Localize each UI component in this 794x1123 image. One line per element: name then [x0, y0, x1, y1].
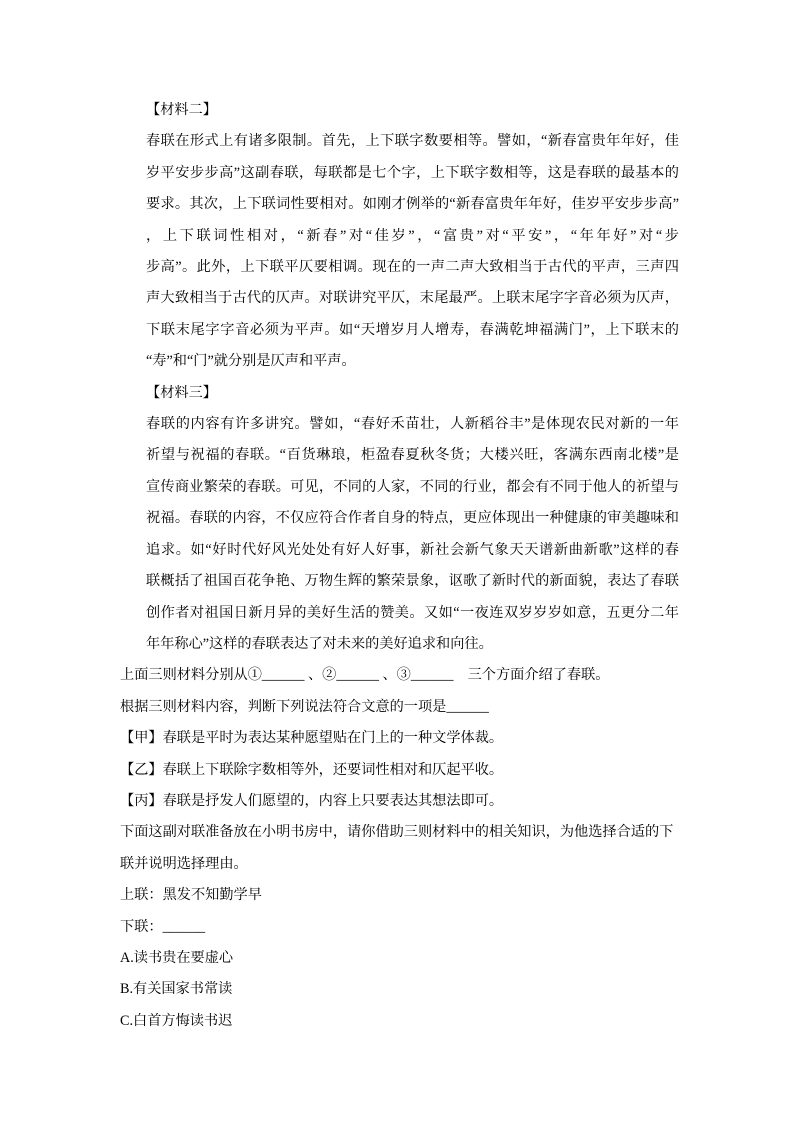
statement-jia: 【甲】春联是平时为表达某种愿望贴在门上的一种文学体裁。 [120, 723, 672, 754]
choice-b: B.有关国家书常读 [120, 974, 672, 1005]
material-line: 祈望与祝福的春联。“百货琳琅，柜盈春夏秋冬货；大楼兴旺，客满东西南北楼”是 [146, 440, 679, 471]
material-3-heading: 【材料三】 [146, 378, 679, 409]
material-line: 年年称心”这样的春联表达了对未来的美好追求和向往。 [146, 629, 679, 660]
statement-yi: 【乙】春联上下联除字数相等外，还要词性相对和仄起平收。 [120, 755, 672, 786]
statement-bing: 【丙】春联是抒发人们愿望的，内容上只要表达其想法即可。 [120, 786, 672, 817]
material-3-section: 【材料三】 春联的内容有许多讲究。譬如，“春好禾苗壮，人新稻谷丰”是体现农民对新… [146, 378, 679, 661]
material-line: “寿”和“门”就分别是仄声和平声。 [146, 346, 679, 377]
material-line: 春联在形式上有诸多限制。首先，上下联字数要相等。譬如，“新春富贵年年好，佳 [146, 126, 679, 157]
material-line: 联概括了祖国百花争艳、万物生辉的繁荣景象，讴歌了新时代的新面貌，表达了春联 [146, 566, 679, 597]
material-line: 祝福。春联的内容，不仅应符合作者自身的特点，更应体现出一种健康的审美趣味和 [146, 503, 679, 534]
material-line: 声大致相当于古代的仄声。对联讲究平仄，末尾最严。上联末尾字字音必须为仄声， [146, 283, 679, 314]
question-judge-line: 根据三则材料内容，判断下列说法符合文意的一项是______ [120, 692, 672, 723]
material-2-heading: 【材料二】 [146, 95, 679, 126]
material-line: ，上下联词性相对，“新春”对“佳岁”，“富贵”对“平安”，“年年好”对“步 [146, 221, 679, 252]
material-line: 创作者对祖国日新月异的美好生活的赞美。又如“一夜连双岁岁岁如意，五更分二年 [146, 598, 679, 629]
material-line: 下联末尾字字音必须为平声。如“天增岁月人增寿，春满乾坤福满门”，上下联末的 [146, 315, 679, 346]
document-content: 【材料二】 春联在形式上有诸多限制。首先，上下联字数要相等。譬如，“新春富贵年年… [120, 95, 672, 1037]
couplet-task-line: 联并说明选择理由。 [120, 849, 672, 880]
couplet-task-line: 下面这副对联准备放在小明书房中，请你借助三则材料中的相关知识，为他选择合适的下 [120, 817, 672, 848]
question-blanks-line: 上面三则材料分别从①______ 、②______ 、③______ 三个方面介… [120, 660, 672, 691]
material-line: 宣传商业繁荣的春联。可见，不同的人家，不同的行业，都会有不同于他人的祈望与 [146, 472, 679, 503]
material-line: 步高”。此外，上下联平仄要相调。现在的一声二声大致相当于古代的平声，三声四 [146, 252, 679, 283]
document-page: 【材料二】 春联在形式上有诸多限制。首先，上下联字数要相等。譬如，“新春富贵年年… [0, 0, 794, 1123]
choice-a: A.读书贵在要虚心 [120, 943, 672, 974]
material-line: 要求。其次，上下联词性要相对。如刚才例举的“新春富贵年年好，佳岁平安步步高” [146, 189, 679, 220]
material-2-section: 【材料二】 春联在形式上有诸多限制。首先，上下联字数要相等。譬如，“新春富贵年年… [146, 95, 679, 378]
lower-couplet-line: 下联：______ [120, 912, 672, 943]
material-line: 岁平安步步高”这副春联，每联都是七个字，上下联字数相等，这是春联的最基本的 [146, 158, 679, 189]
upper-couplet-line: 上联：黑发不知勤学早 [120, 880, 672, 911]
choice-c: C.白首方悔读书迟 [120, 1006, 672, 1037]
material-line: 春联的内容有许多讲究。譬如，“春好禾苗壮，人新稻谷丰”是体现农民对新的一年 [146, 409, 679, 440]
material-line: 追求。如“好时代好风光处处有好人好事，新社会新气象天天谱新曲新歌”这样的春 [146, 535, 679, 566]
